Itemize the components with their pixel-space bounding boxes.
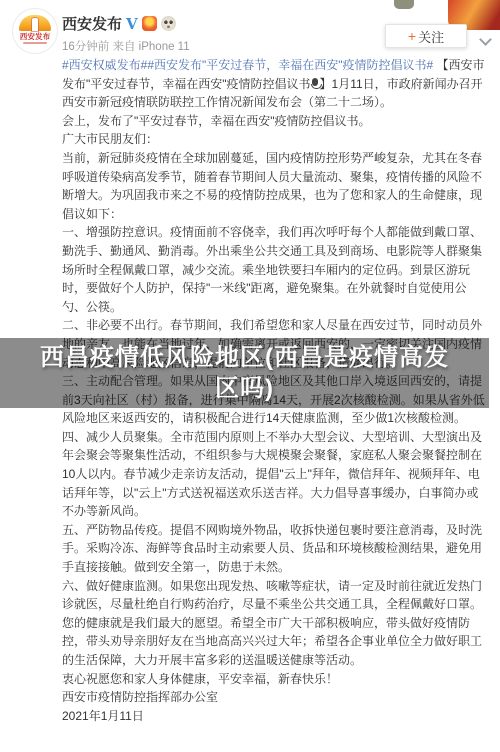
post-paragraph: 五、严防物品传疫。提倡不网购境外物品，收拆快递包裹时要注意消毒，及时洗手。采购冷… <box>62 521 486 577</box>
verified-icon: V <box>126 15 138 33</box>
medal-face-icon[interactable] <box>161 16 176 31</box>
post-paragraph: 一、增强防控意识。疫情面前不容侥幸，我们再次呼吁每个人都能做到戴口罩、勤洗手、勤… <box>62 223 486 316</box>
headline-line1: 西昌疫情低风险地区(西昌是疫情高发 <box>0 342 489 373</box>
follow-label: 关注 <box>418 27 444 46</box>
post-paragraph: 衷心祝愿您和家人身体健康，平安幸福，新春快乐！ <box>62 670 486 689</box>
date-line: 2021年1月11日 <box>62 707 486 726</box>
avatar[interactable]: 西安发布 <box>12 8 58 54</box>
post-timestamp: 16分钟前 来自 iPhone 11 <box>62 38 190 54</box>
headline-overlay: 西昌疫情低风险地区(西昌是疫情高发 区吗) <box>0 338 489 408</box>
follow-button[interactable]: +关注 <box>385 24 467 48</box>
post-paragraph: 六、做好健康监测。如果您出现发热、咳嗽等症状，请一定及时前往就近发热门诊就医，尽… <box>62 577 486 670</box>
signature-line: 西安市疫情防控指挥部办公室 <box>62 688 486 707</box>
plus-icon: + <box>408 29 416 43</box>
post-paragraph: 四、减少人员聚集。全市范围内原则上不举办大型会议、大型培训、大型演出及年会聚会等… <box>62 428 486 521</box>
headline-line2: 区吗) <box>0 373 489 404</box>
author-row: 西安发布 V <box>62 13 176 34</box>
chevron-down-icon[interactable] <box>479 33 492 46</box>
weibo-post: 西安发布 西安发布 V 16分钟前 来自 iPhone 11 +关注 #西安权威… <box>0 0 500 752</box>
medal-flame-icon[interactable] <box>142 16 157 31</box>
post-paragraph: 广大市民朋友们： <box>62 130 486 149</box>
avatar-logo-subtext <box>23 42 47 44</box>
post-paragraph: 当前，新冠肺炎疫情在全球加剧蔓延，国内疫情防控形势严峻复杂，尤其在冬春呼吸道传染… <box>62 149 486 223</box>
hashtag-link[interactable]: #西安权威发布##西安发布"平安过春节，幸福在西安"疫情防控倡议书# <box>62 58 433 72</box>
corner-figure-image <box>394 0 414 9</box>
author-name[interactable]: 西安发布 <box>62 13 122 34</box>
post-paragraph: 会上，发布了"平安过春节，幸福在西安"疫情防控倡议书。 <box>62 112 486 131</box>
avatar-logo-fan-icon <box>19 15 51 31</box>
microphone-icon <box>311 78 320 89</box>
avatar-logo-text: 西安发布 <box>14 32 56 41</box>
post-paragraph: #西安权威发布##西安发布"平安过春节，幸福在西安"疫情防控倡议书# 【西安市发… <box>62 56 486 112</box>
